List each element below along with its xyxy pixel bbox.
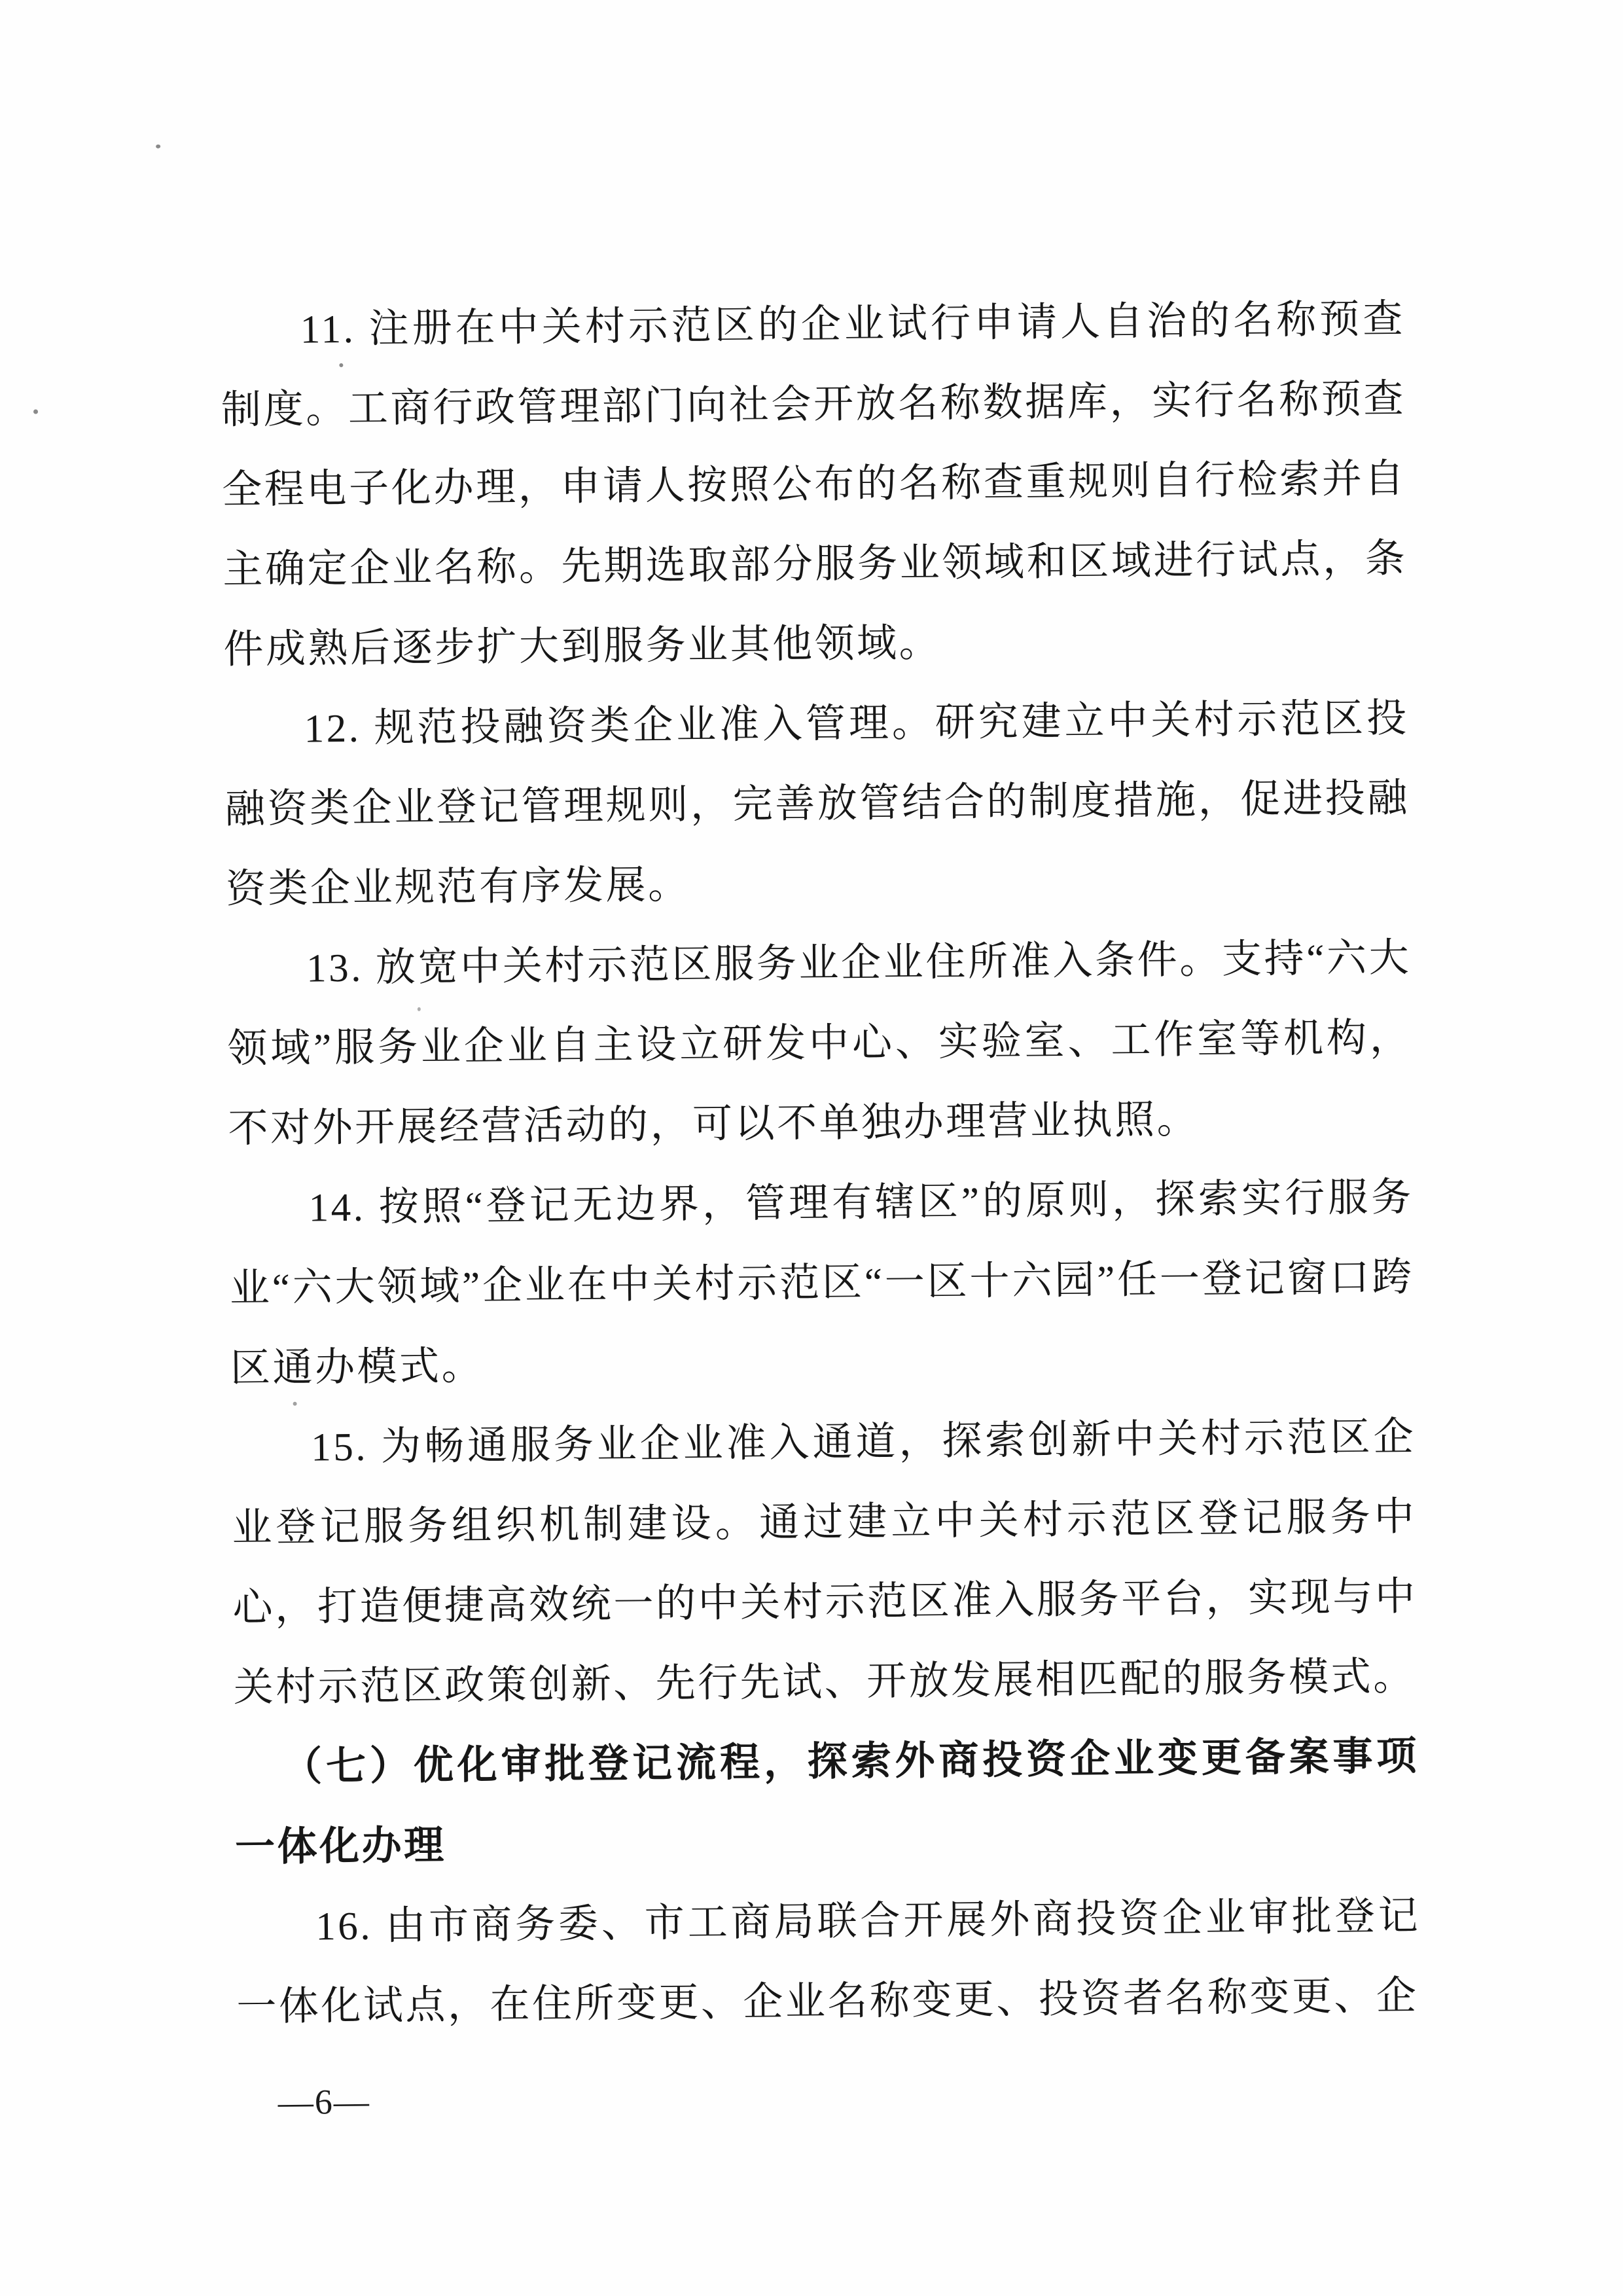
paragraph-12: 12. 规范投融资类企业准入管理。研究建立中关村示范区投融资类企业登记管理规则，… bbox=[224, 679, 1410, 929]
scan-speck bbox=[33, 409, 38, 414]
scan-speck bbox=[339, 363, 343, 367]
scan-speck bbox=[418, 1007, 421, 1011]
page-number: —6— bbox=[278, 2081, 371, 2123]
section-heading-7: （七）优化审批登记流程，探索外商投资企业变更备案事项一体化办理 bbox=[234, 1717, 1419, 1888]
scanned-document-page: 11. 注册在中关村示范区的企业试行申请人自治的名称预查制度。工商行政管理部门向… bbox=[0, 0, 1623, 2296]
paragraph-14: 14. 按照“登记无边界，管理有辖区”的原则，探索实行服务业“六大领域”企业在中… bbox=[228, 1158, 1415, 1408]
paragraph-15: 15. 为畅通服务业企业准入通道，探索创新中关村示范区企业登记服务组织机制建设。… bbox=[231, 1397, 1419, 1728]
scan-speck bbox=[156, 145, 160, 149]
paragraph-13: 13. 放宽中关村示范区服务业企业住所准入条件。支持“六大领域”服务业企业自主设… bbox=[226, 918, 1413, 1169]
scan-sheet: 11. 注册在中关村示范区的企业试行申请人自治的名称预查制度。工商行政管理部门向… bbox=[0, 0, 1623, 2296]
paragraph-11: 11. 注册在中关村示范区的企业试行申请人自治的名称预查制度。工商行政管理部门向… bbox=[220, 279, 1408, 690]
paragraph-16: 16. 由市商务委、市工商局联合开展外商投资企业审批登记一体化试点，在住所变更、… bbox=[236, 1876, 1421, 2047]
scan-speck bbox=[293, 1402, 297, 1406]
document-body: 11. 注册在中关村示范区的企业试行申请人自治的名称预查制度。工商行政管理部门向… bbox=[220, 279, 1421, 2047]
